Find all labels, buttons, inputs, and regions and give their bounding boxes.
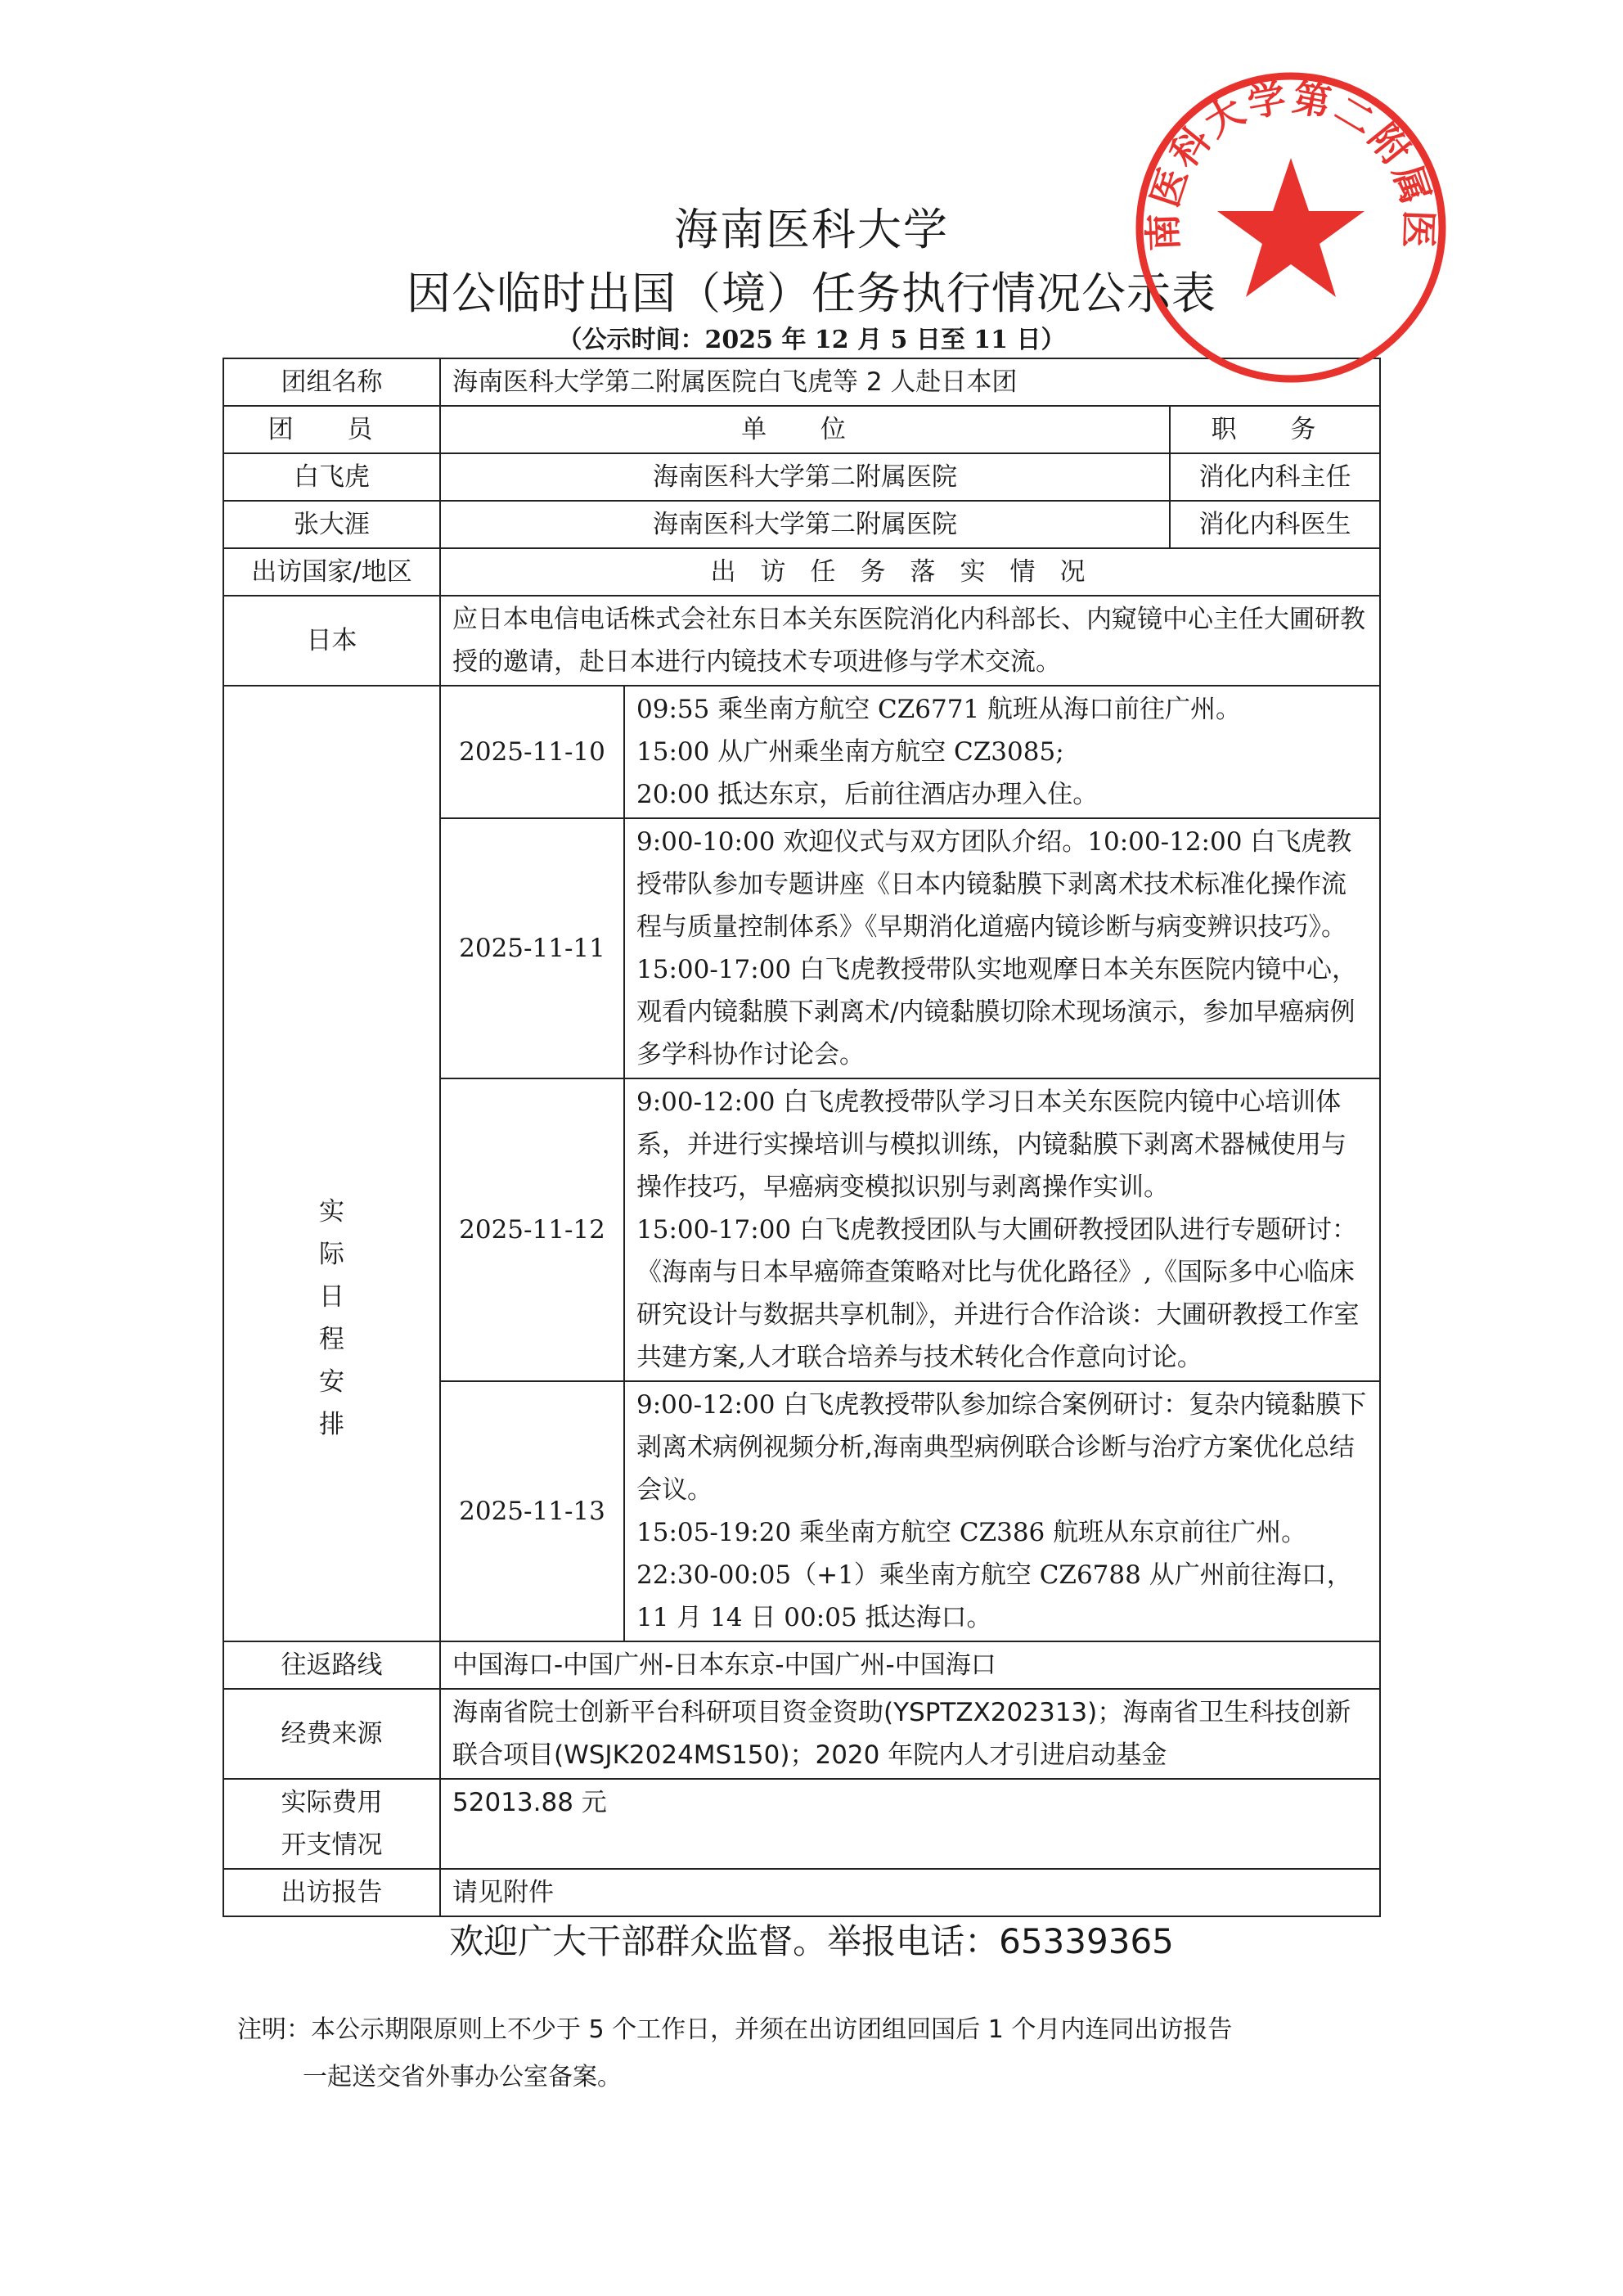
- country-label: 出访国家/地区: [223, 548, 440, 596]
- report-row: 出访报告 请见附件: [223, 1869, 1380, 1916]
- expense-label: 实际费用 开支情况: [223, 1779, 440, 1869]
- member-row: 张大涯 海南医科大学第二附属医院 消化内科医生: [223, 501, 1380, 548]
- footnote-line-1: 注明：本公示期限原则上不少于 5 个工作日，并须在出访团组回国后 1 个月内连同…: [237, 2006, 1382, 2054]
- schedule-date: 2025-11-11: [440, 818, 624, 1078]
- schedule-row: 实 际 日 程 安 排 2025-11-10 09:55 乘坐南方航空 CZ67…: [223, 686, 1380, 818]
- route-row: 往返路线 中国海口-中国广州-日本东京-中国广州-中国海口: [223, 1641, 1380, 1689]
- hotline-text: 欢迎广大干部群众监督。举报电话：65339365: [0, 1915, 1623, 1964]
- schedule-details: 09:55 乘坐南方航空 CZ6771 航班从海口前往广州。 15:00 从广州…: [624, 686, 1380, 818]
- member-name: 张大涯: [223, 501, 440, 548]
- schedule-date: 2025-11-10: [440, 686, 624, 818]
- funding-row: 经费来源 海南省院士创新平台科研项目资金资助(YSPTZX202313)；海南省…: [223, 1689, 1380, 1779]
- funding-value: 海南省院士创新平台科研项目资金资助(YSPTZX202313)；海南省卫生科技创…: [440, 1689, 1380, 1779]
- expense-row: 实际费用 开支情况 52013.88 元: [223, 1779, 1380, 1869]
- report-label: 出访报告: [223, 1869, 440, 1916]
- schedule-label: 实 际 日 程 安 排: [223, 686, 440, 1641]
- footnote: 注明：本公示期限原则上不少于 5 个工作日，并须在出访团组回国后 1 个月内连同…: [237, 2006, 1382, 2101]
- members-header-row: 团 员 单 位 职 务: [223, 406, 1380, 453]
- schedule-date: 2025-11-12: [440, 1078, 624, 1381]
- task-header-row: 出访国家/地区 出访任务落实情况: [223, 548, 1380, 596]
- task-header: 出访任务落实情况: [440, 548, 1380, 596]
- member-header: 团 员: [223, 406, 440, 453]
- schedule-details: 9:00-12:00 白飞虎教授带队学习日本关东医院内镜中心培训体系，并进行实操…: [624, 1078, 1380, 1381]
- document-subtitle-heading: 因公临时出国（境）任务执行情况公示表: [0, 259, 1623, 322]
- document-title: 海南医科大学: [0, 195, 1623, 258]
- schedule-date: 2025-11-13: [440, 1381, 624, 1641]
- expense-value: 52013.88 元: [440, 1779, 1380, 1869]
- footnote-line-2: 一起送交省外事办公室备案。: [237, 2054, 1382, 2101]
- invitation-row: 日本 应日本电信电话株式会社东日本关东医院消化内科部长、内窥镜中心主任大圃研教授…: [223, 596, 1380, 686]
- member-position: 消化内科主任: [1170, 453, 1380, 501]
- member-row: 白飞虎 海南医科大学第二附属医院 消化内科主任: [223, 453, 1380, 501]
- route-label: 往返路线: [223, 1641, 440, 1689]
- unit-header: 单 位: [440, 406, 1170, 453]
- member-unit: 海南医科大学第二附属医院: [440, 501, 1170, 548]
- group-name-label: 团组名称: [223, 358, 440, 406]
- member-position: 消化内科医生: [1170, 501, 1380, 548]
- group-name-row: 团组名称 海南医科大学第二附属医院白飞虎等 2 人赴日本团: [223, 358, 1380, 406]
- mission-table: 团组名称 海南医科大学第二附属医院白飞虎等 2 人赴日本团 团 员 单 位 职 …: [223, 358, 1381, 1917]
- country-value: 日本: [223, 596, 440, 686]
- funding-label: 经费来源: [223, 1689, 440, 1779]
- invitation-text: 应日本电信电话株式会社东日本关东医院消化内科部长、内窥镜中心主任大圃研教授的邀请…: [440, 596, 1380, 686]
- report-value: 请见附件: [440, 1869, 1380, 1916]
- member-name: 白飞虎: [223, 453, 440, 501]
- schedule-details: 9:00-12:00 白飞虎教授带队参加综合案例研讨：复杂内镜黏膜下剥离术病例视…: [624, 1381, 1380, 1641]
- member-unit: 海南医科大学第二附属医院: [440, 453, 1170, 501]
- position-header: 职 务: [1170, 406, 1380, 453]
- route-value: 中国海口-中国广州-日本东京-中国广州-中国海口: [440, 1641, 1380, 1689]
- group-name-value: 海南医科大学第二附属医院白飞虎等 2 人赴日本团: [440, 358, 1380, 406]
- publication-period: （公示时间：2025 年 12 月 5 日至 11 日）: [0, 319, 1623, 355]
- schedule-details: 9:00-10:00 欢迎仪式与双方团队介绍。10:00-12:00 白飞虎教授…: [624, 818, 1380, 1078]
